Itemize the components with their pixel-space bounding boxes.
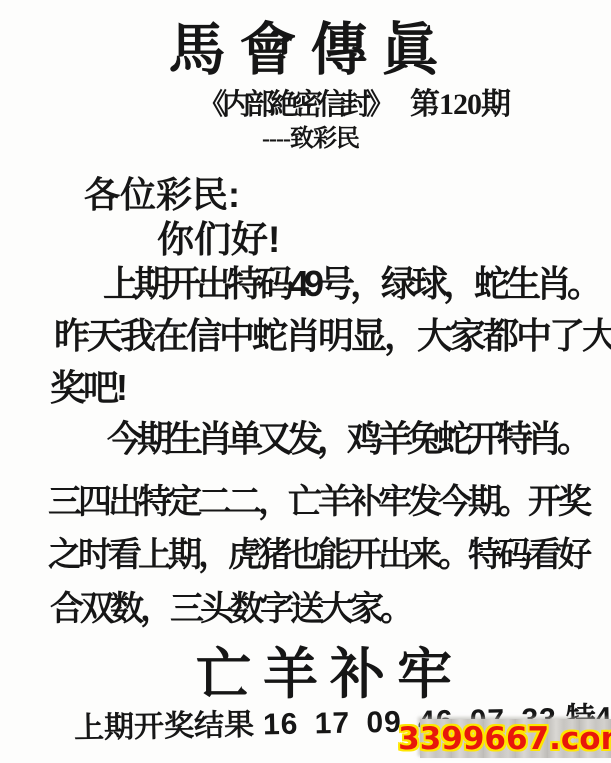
body-line-1: 上期开出特码49号，绿球，蛇生肖。 [103,256,598,307]
dedication-line: ----致彩民 [262,118,359,153]
issue-number: 第120期 [410,88,510,121]
subtitle-bracket: 《内部絶密信封》 [198,89,390,121]
results-label: 上期开奖结果 [74,709,255,745]
body-line-6: 之时看上期，虎猪也能开出来。特码看好 [48,527,588,576]
scanned-letter: 馬會傳眞 《内部絶密信封》第120期 ----致彩民 各位彩民: 你们好! 上期… [0,0,611,763]
watermark-url: 3399667.com [398,721,611,757]
subtitle: 《内部絶密信封》第120期 [198,79,510,123]
body-line-7: 合双数，三头数字送大家。 [50,581,410,630]
watermark-box: 3399667.com [420,719,611,758]
body-line-5: 三四出特定二二，亡羊补牢发今期。开奖 [48,474,588,523]
document-title: 馬會傳眞 [0,4,611,86]
body-line-4: 今期生肖单又发，鸡羊兔蛇开特肖。 [107,411,587,462]
body-line-2: 昨天我在信中蛇肖明显，大家都中了大 [54,308,611,359]
body-line-3: 奖吧! [50,360,125,411]
greeting-line: 你们好! [157,209,280,263]
